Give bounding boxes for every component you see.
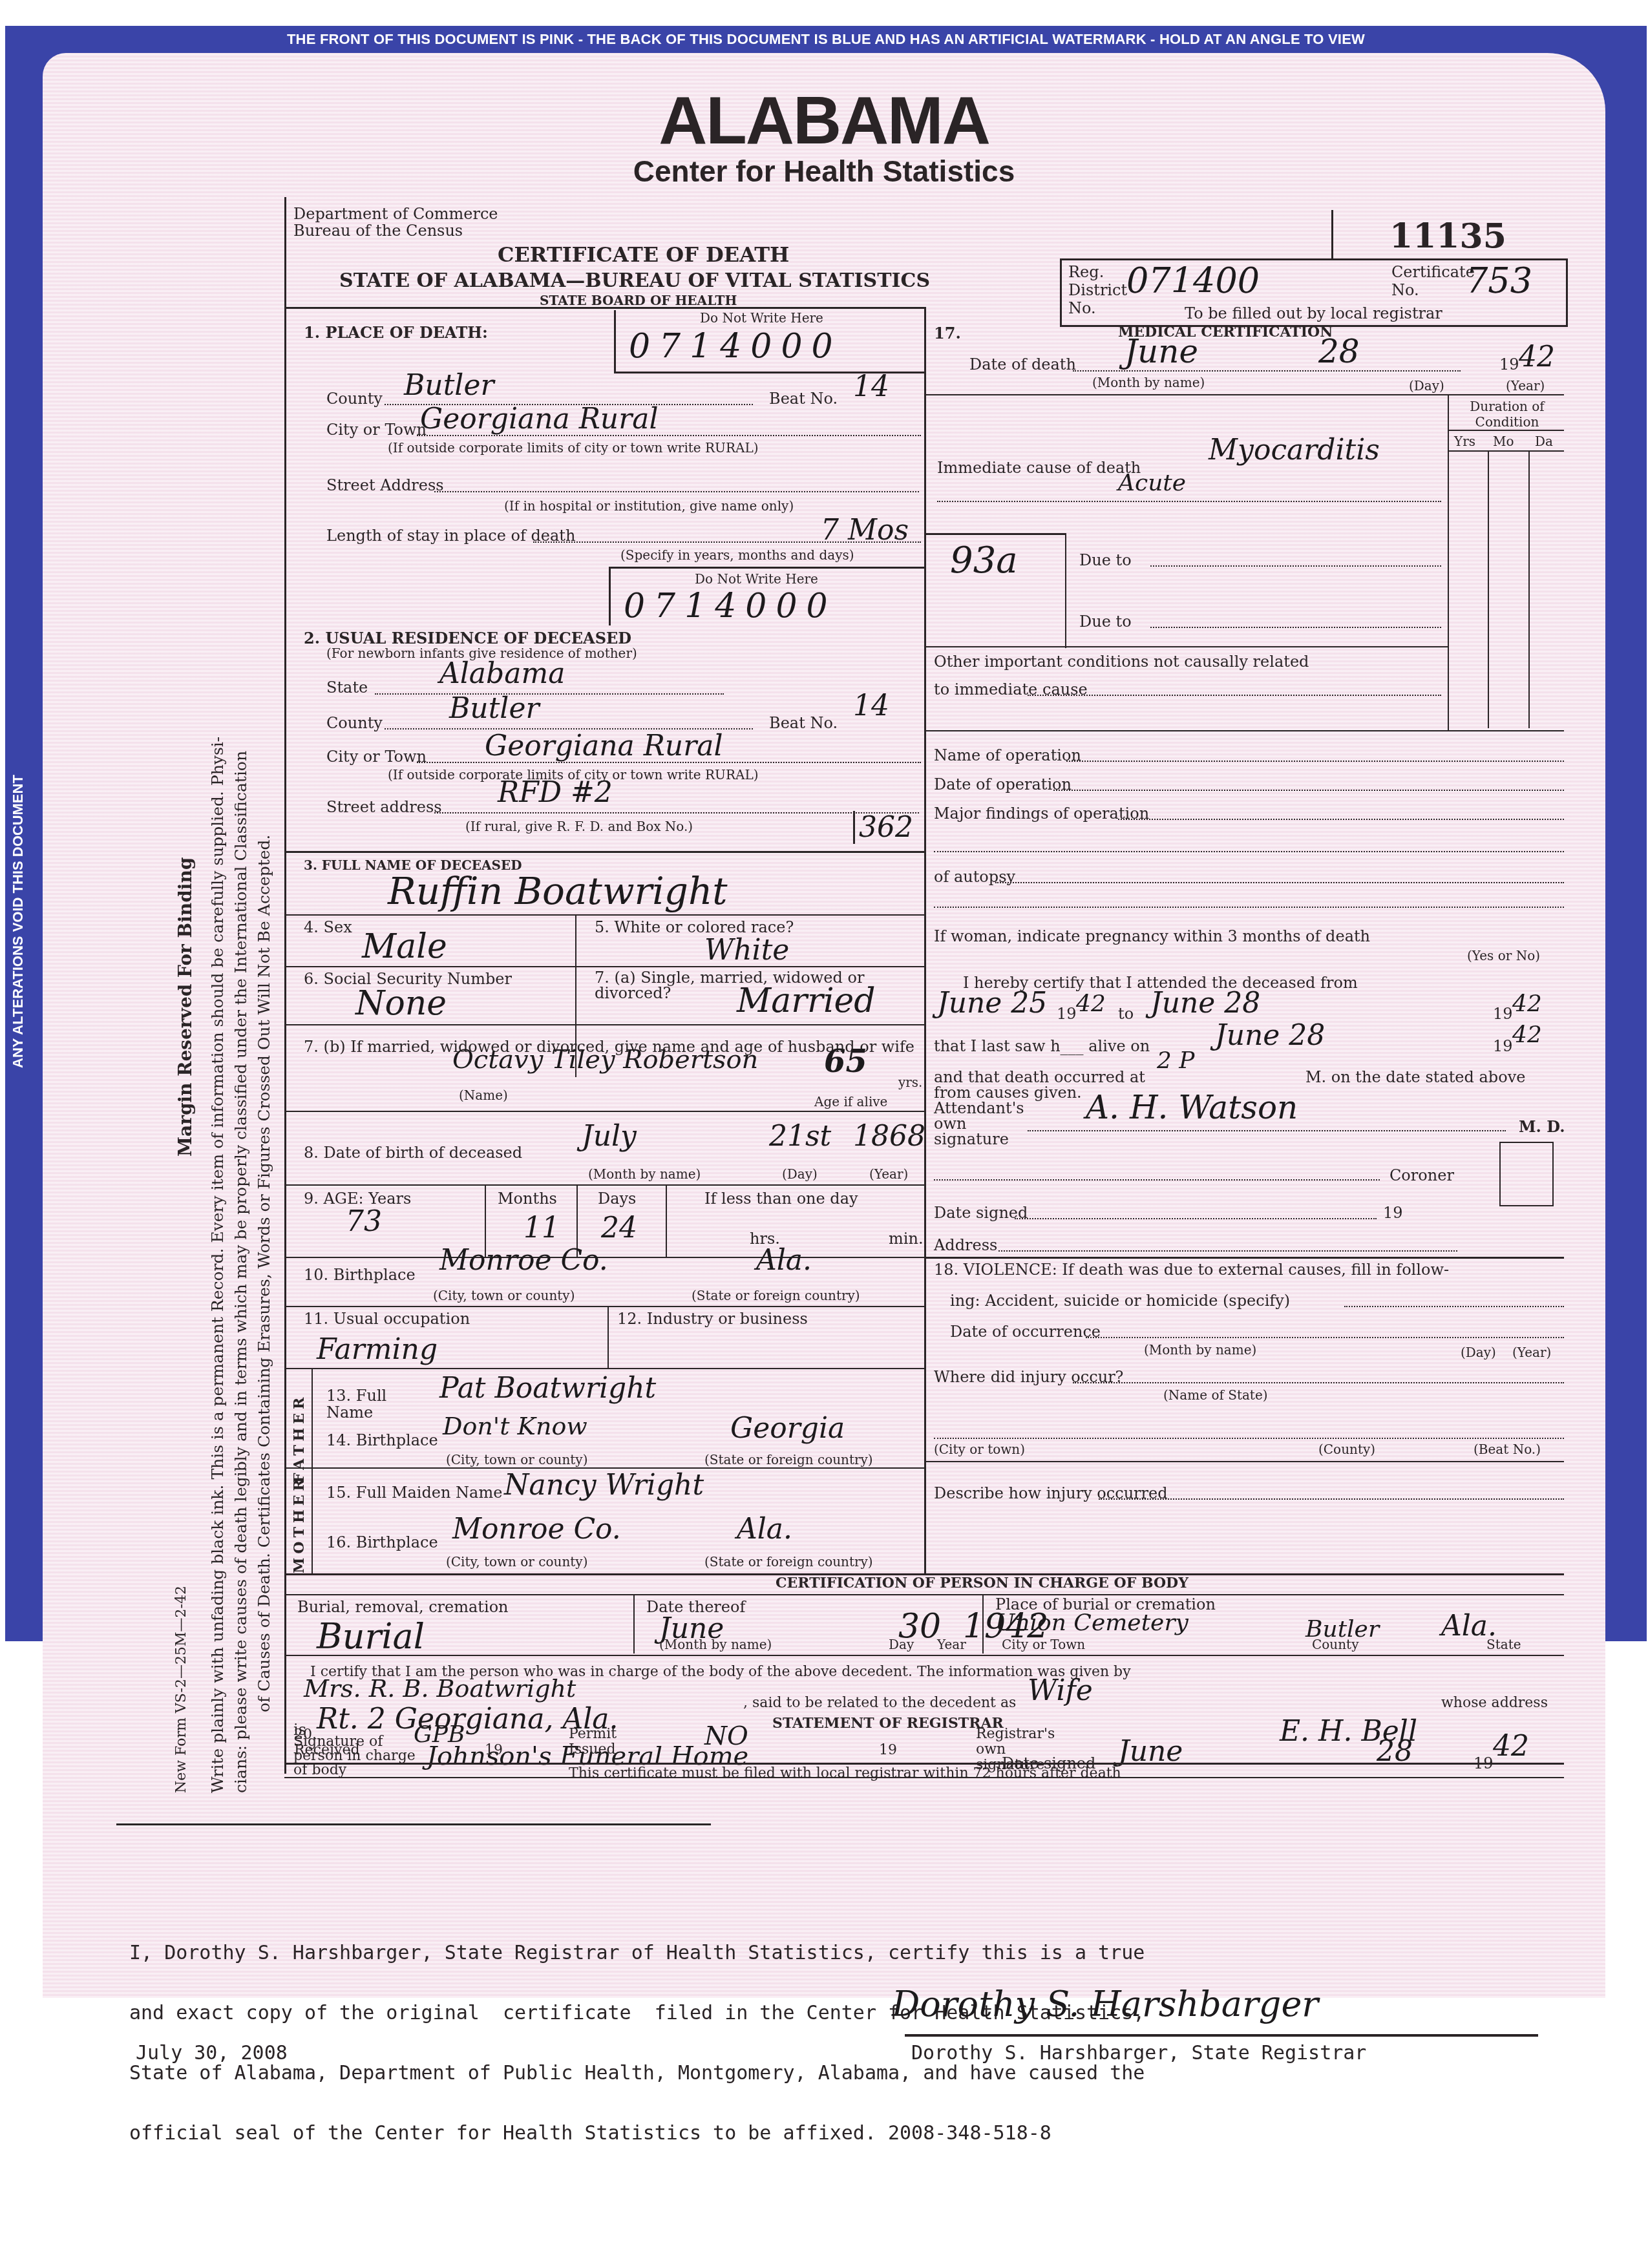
disposition-value: Burial	[317, 1616, 425, 1657]
duration-heading: Duration of Condition	[1455, 399, 1559, 430]
certificate-no-value: 753	[1466, 260, 1532, 301]
injury-city-hint: (City or town)	[934, 1442, 1025, 1457]
pregnancy-hint: (Yes or No)	[1467, 948, 1540, 963]
street-label: Street Address	[326, 476, 444, 494]
death-beat: 14	[853, 370, 889, 403]
informant-name: Mrs. R. B. Boatwright	[304, 1674, 576, 1703]
spouse-age-unit: yrs.	[898, 1075, 922, 1090]
residence-city: Georgiana Rural	[485, 730, 723, 762]
birthplace-city: Monroe Co.	[439, 1244, 608, 1277]
attended-from: June 25	[937, 987, 1047, 1020]
duration-mo: Mo	[1493, 434, 1514, 449]
birthplace-label: 10. Birthplace	[304, 1266, 416, 1284]
attended-from-year: 42	[1076, 991, 1106, 1017]
attended-to-label: to	[1118, 1005, 1134, 1023]
father-tag: FATHER	[291, 1394, 308, 1483]
board-label: STATE BOARD OF HEALTH	[540, 293, 737, 308]
residence-code: 0714000	[624, 587, 837, 625]
residence-beat: 14	[853, 689, 889, 722]
residence-county: Butler	[449, 692, 540, 725]
sex-label: 4. Sex	[304, 918, 352, 936]
death-certificate-form: Department of Commerce Bureau of the Cen…	[284, 197, 1564, 1774]
stay-value: 7 Mos	[821, 514, 909, 547]
age-months: 11	[523, 1212, 560, 1244]
coroner-box	[1499, 1142, 1554, 1206]
form-subtitle: STATE OF ALABAMA—BUREAU OF VITAL STATIST…	[339, 269, 930, 292]
spouse-name: Octavy Tiley Robertson	[452, 1045, 758, 1075]
op-date-label: Date of operation	[934, 775, 1072, 793]
spouse-age: 65	[824, 1044, 867, 1080]
left-side-banner: ANY ALTERATIONS VOID THIS DOCUMENT	[10, 810, 26, 1068]
ssn-value: None	[355, 984, 447, 1023]
duration-yrs: Yrs	[1454, 434, 1475, 449]
signature-label: Attendant's own signature	[934, 1100, 1037, 1147]
immediate-cause: Myocarditis	[1209, 434, 1380, 467]
op-findings-label: Major findings of operation	[934, 804, 1149, 823]
form-number: New Form VS-2—25M—2-42	[173, 1586, 189, 1793]
medical-number: 17.	[934, 324, 961, 342]
dob-month: July	[582, 1120, 637, 1153]
mother-birth-state: Ala.	[737, 1513, 792, 1546]
local-registrar-note: To be filled out by local registrar	[1185, 304, 1442, 322]
related-label: , said to be related to the decedent as	[743, 1695, 1016, 1711]
city-label-2: City or Town	[326, 748, 427, 766]
pregnancy-label: If woman, indicate pregnancy within 3 mo…	[934, 927, 1370, 945]
dob-label: 8. Date of birth of deceased	[304, 1144, 522, 1162]
burial-city-hint: City or Town	[1002, 1637, 1085, 1652]
attended-from-year-prefix: 19	[1057, 1005, 1077, 1023]
do-not-write-label-2: Do Not Write Here	[695, 571, 818, 587]
due-to-1-label: Due to	[1079, 551, 1132, 569]
death-time: 2 P	[1157, 1047, 1195, 1074]
street-hint-2: (If rural, give R. F. D. and Box No.)	[465, 819, 693, 834]
last-saw-year: 42	[1512, 1022, 1542, 1048]
received-label: Received	[294, 1742, 360, 1758]
county-label-2: County	[326, 714, 383, 732]
dod-month-hint: (Month by name)	[1092, 375, 1205, 390]
beat-label-2: Beat No.	[769, 714, 838, 732]
race-value: White	[704, 934, 789, 967]
box-code: 362	[853, 811, 913, 844]
sex-value: Male	[362, 927, 447, 966]
dod-day: 28	[1318, 333, 1360, 370]
occupation-label: 11. Usual occupation	[304, 1310, 470, 1328]
dod-month: June	[1125, 333, 1198, 370]
deceased-name: Ruffin Boatwright	[388, 869, 728, 913]
age-years: 73	[346, 1205, 382, 1238]
received-year: 19	[485, 1742, 503, 1758]
violence-line-2: ing: Accident, suicide or homicide (spec…	[950, 1292, 1290, 1310]
certification-line-1: I, Dorothy S. Harshbarger, State Registr…	[129, 1943, 1145, 1963]
dob-day: 21st	[769, 1120, 831, 1153]
year-hint: (Year)	[869, 1166, 908, 1182]
beat-label: Beat No.	[769, 390, 838, 408]
death-city: Georgiana Rural	[420, 403, 659, 436]
disposition-label: Burial, removal, cremation	[297, 1598, 509, 1616]
duration-da: Da	[1535, 434, 1553, 449]
whose-address-label: whose address	[1441, 1695, 1548, 1711]
permit-year: 19	[879, 1742, 897, 1758]
months-label: Months	[498, 1190, 557, 1208]
dept-label: Department of Commerce	[293, 205, 498, 223]
marital-value: Married	[737, 982, 876, 1020]
certification-text: I, Dorothy S. Harshbarger, State Registr…	[129, 1903, 1145, 2163]
received-initials: GPB	[414, 1721, 465, 1748]
city-hint: (If outside corporate limits of city or …	[388, 440, 759, 456]
dob-year: 1868	[853, 1120, 925, 1153]
address-label: Address	[934, 1236, 997, 1254]
dod-year: 42	[1519, 341, 1555, 373]
burial-year-hint: Year	[937, 1637, 966, 1652]
margin-note: Margin Reserved For Binding	[174, 857, 196, 1157]
registrar-certification-signature: Dorothy S. Harshbarger	[892, 1984, 1318, 2024]
spouse-name-hint: (Name)	[459, 1087, 508, 1103]
age-days: 24	[601, 1212, 637, 1244]
father-birth-label: 14. Birthplace	[326, 1431, 438, 1449]
immediate-cause-label: Immediate cause of death	[937, 459, 1141, 477]
place-code: 0714000	[629, 327, 842, 366]
certification-signer: Dorothy S. Harshbarger, State Registrar	[911, 2042, 1366, 2064]
mother-birth-city: Monroe Co.	[452, 1513, 621, 1546]
mother-name: Nancy Wright	[504, 1469, 704, 1502]
registrar-number: 20.	[294, 1727, 317, 1743]
last-saw-year-prefix: 19	[1493, 1037, 1513, 1055]
stay-hint: (Specify in years, months and days)	[620, 547, 854, 563]
certification-date: July 30, 2008	[136, 2042, 288, 2064]
death-time-suffix: M. on the date stated above	[1305, 1068, 1525, 1086]
death-county: Butler	[404, 369, 494, 402]
burial-place-city: Union Cemetery	[995, 1610, 1188, 1636]
min-label: min.	[889, 1230, 924, 1248]
father-birth-city: Don't Know	[443, 1412, 587, 1440]
permit-label: Permit Issued	[569, 1727, 640, 1758]
attended-to-year: 42	[1512, 991, 1542, 1017]
reg-district-value: 071400	[1126, 260, 1260, 301]
registrar-signature: E. H. Bell	[1280, 1715, 1417, 1748]
less-than-day-label: If less than one day	[704, 1190, 858, 1208]
residence-street: RFD #2	[498, 776, 613, 809]
dod-year-prefix: 19	[1499, 355, 1519, 373]
mother-state-hint: (State or foreign country)	[704, 1554, 873, 1570]
filing-note: This certificate must be filed with loca…	[569, 1765, 1121, 1781]
registrar-box: Reg. District No. 071400 Certificate No.…	[1060, 258, 1568, 327]
instructions-line-2: cians: please write causes of death legi…	[231, 751, 250, 1793]
days-label: Days	[598, 1190, 636, 1208]
relation-value: Wife	[1028, 1674, 1093, 1707]
coroner-label: Coroner	[1389, 1166, 1454, 1184]
date-signed-year: 19	[1383, 1204, 1403, 1222]
father-state-hint: (State or foreign country)	[704, 1452, 873, 1467]
attended-to-year-prefix: 19	[1493, 1005, 1513, 1023]
last-saw-date: June 28	[1215, 1019, 1325, 1052]
burial-month-hint: (Month by name)	[659, 1637, 772, 1652]
immediate-cause-2: Acute	[1118, 470, 1186, 496]
birthplace-state-hint: (State or foreign country)	[692, 1288, 860, 1303]
father-name: Pat Boatwright	[439, 1372, 656, 1405]
state-heading: ALABAMA	[0, 83, 1648, 160]
violence-heading: 18. VIOLENCE: If death was due to extern…	[934, 1261, 1449, 1279]
agency-heading: Center for Health Statistics	[0, 154, 1648, 189]
reg-district-label: Reg. District No.	[1068, 263, 1126, 317]
burial-state-hint: State	[1486, 1637, 1521, 1652]
month-hint: (Month by name)	[588, 1166, 701, 1182]
burial-day-hint: Day	[889, 1637, 914, 1652]
residence-state: Alabama	[439, 657, 565, 690]
last-saw-label: that I last saw h___ alive on	[934, 1037, 1150, 1055]
mother-city-hint: (City, town or county)	[446, 1554, 587, 1570]
place-of-death-heading: 1. PLACE OF DEATH:	[304, 323, 488, 342]
injury-beat-hint: (Beat No.)	[1474, 1442, 1541, 1457]
certification-line-3: State of Alabama, Department of Public H…	[129, 2063, 1145, 2083]
registrar-heading: STATEMENT OF REGISTRAR	[772, 1715, 1004, 1732]
cause-code: 93a	[950, 540, 1018, 582]
birthplace-state: Ala.	[756, 1244, 812, 1277]
spouse-age-hint: Age if alive	[814, 1094, 887, 1109]
occurrence-label: Date of occurrence	[950, 1323, 1101, 1341]
md-label: M. D.	[1519, 1117, 1565, 1136]
due-to-2-label: Due to	[1079, 613, 1132, 631]
attended-to: June 28	[1150, 987, 1260, 1020]
injury-county-hint: (County)	[1318, 1442, 1375, 1457]
state-label: State	[326, 678, 368, 697]
residence-heading: 2. USUAL RESIDENCE OF DECEASED	[304, 629, 631, 647]
file-number: 11135	[1389, 216, 1506, 256]
occupation-value: Farming	[317, 1333, 438, 1366]
day-hint: (Day)	[782, 1166, 818, 1182]
instructions-line-3: of Causes of Death. Certificates Contain…	[255, 834, 273, 1712]
dod-label: Date of death	[969, 355, 1076, 373]
certification-line-4: official seal of the Center for Health S…	[129, 2123, 1145, 2143]
body-heading: CERTIFICATION OF PERSON IN CHARGE OF BOD…	[776, 1575, 1188, 1591]
body-date-signed-year: 42	[1493, 1730, 1529, 1763]
do-not-write-label: Do Not Write Here	[700, 310, 823, 326]
birthplace-city-hint: (City, town or county)	[433, 1288, 575, 1303]
date-signed-label: Date signed	[934, 1204, 1028, 1222]
county-label: County	[326, 390, 383, 408]
mother-tag: MOTHER	[291, 1475, 308, 1573]
attendant-signature: A. H. Watson	[1086, 1089, 1298, 1126]
certificate-no-label: Certificate No.	[1391, 263, 1463, 299]
burial-county-hint: County	[1312, 1637, 1358, 1652]
instructions-line-1: Write plainly with unfading black ink. T…	[208, 737, 227, 1793]
mother-name-label: 15. Full Maiden Name	[326, 1484, 520, 1501]
top-banner: THE FRONT OF THIS DOCUMENT IS PINK - THE…	[5, 26, 1647, 53]
dod-year-hint: (Year)	[1506, 378, 1545, 394]
bureau-label: Bureau of the Census	[293, 222, 463, 240]
city-label: City or Town	[326, 421, 427, 439]
form-title: CERTIFICATE OF DEATH	[498, 242, 789, 267]
street-label-2: Street address	[326, 798, 442, 816]
permit-value: NO	[704, 1721, 748, 1751]
occurrence-day-hint: (Day)	[1461, 1345, 1496, 1360]
father-city-hint: (City, town or county)	[446, 1452, 587, 1467]
op-name-label: Name of operation	[934, 746, 1081, 764]
occurrence-year-hint: (Year)	[1512, 1345, 1551, 1360]
father-birth-state: Georgia	[730, 1412, 845, 1445]
occurrence-month-hint: (Month by name)	[1144, 1342, 1256, 1358]
father-name-label: 13. Full Name	[326, 1387, 417, 1421]
mother-birth-label: 16. Birthplace	[326, 1533, 438, 1551]
street-hint: (If in hospital or institution, give nam…	[504, 498, 794, 514]
other-conditions-label-1: Other important conditions not causally …	[934, 653, 1309, 671]
dod-day-hint: (Day)	[1409, 378, 1444, 394]
injury-state-hint: (Name of State)	[1163, 1387, 1268, 1403]
industry-label: 12. Industry or business	[617, 1310, 808, 1328]
